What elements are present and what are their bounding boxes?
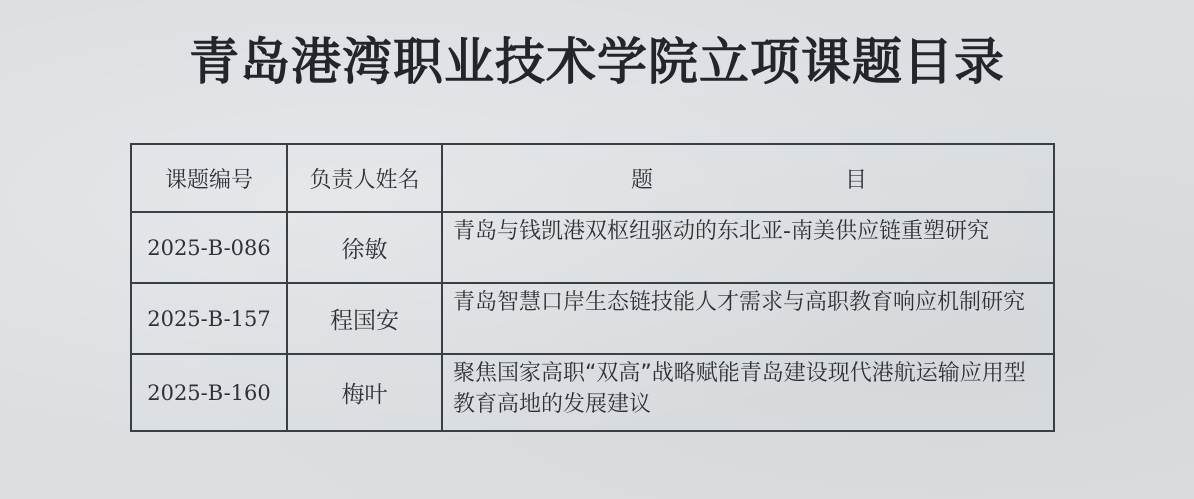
project-id-cell: 2025-B-086 — [131, 212, 287, 283]
project-title-cell: 青岛与钱凯港双枢纽驱动的东北亚-南美供应链重塑研究 — [442, 212, 1054, 283]
project-id-cell: 2025-B-157 — [131, 283, 287, 354]
header-title-char-1: 题 — [631, 163, 653, 194]
table-row: 2025-B-157 程国安 青岛智慧口岸生态链技能人才需求与高职教育响应机制研… — [131, 283, 1054, 354]
table-row: 2025-B-160 梅叶 聚焦国家高职“双高”战略赋能青岛建设现代港航运输应用… — [131, 354, 1054, 431]
project-title-cell: 青岛智慧口岸生态链技能人才需求与高职教育响应机制研究 — [442, 283, 1054, 354]
table-row: 2025-B-086 徐敏 青岛与钱凯港双枢纽驱动的东北亚-南美供应链重塑研究 — [131, 212, 1054, 283]
header-project-id: 课题编号 — [131, 144, 287, 212]
project-title-cell: 聚焦国家高职“双高”战略赋能青岛建设现代港航运输应用型教育高地的发展建议 — [442, 354, 1054, 431]
table-header-row: 课题编号 负责人姓名 题 目 — [131, 144, 1054, 212]
leader-name-cell: 梅叶 — [287, 354, 442, 431]
project-id-cell: 2025-B-160 — [131, 354, 287, 431]
header-leader-name: 负责人姓名 — [287, 144, 442, 212]
header-project-title: 题 目 — [442, 144, 1054, 212]
leader-name-cell: 徐敏 — [287, 212, 442, 283]
leader-name-cell: 程国安 — [287, 283, 442, 354]
header-title-char-2: 目 — [845, 163, 867, 194]
page-title: 青岛港湾职业技术学院立项课题目录 — [0, 22, 1194, 102]
project-catalog-table: 课题编号 负责人姓名 题 目 2025-B-086 徐敏 青岛与钱凯港双枢纽驱动… — [130, 143, 1055, 432]
